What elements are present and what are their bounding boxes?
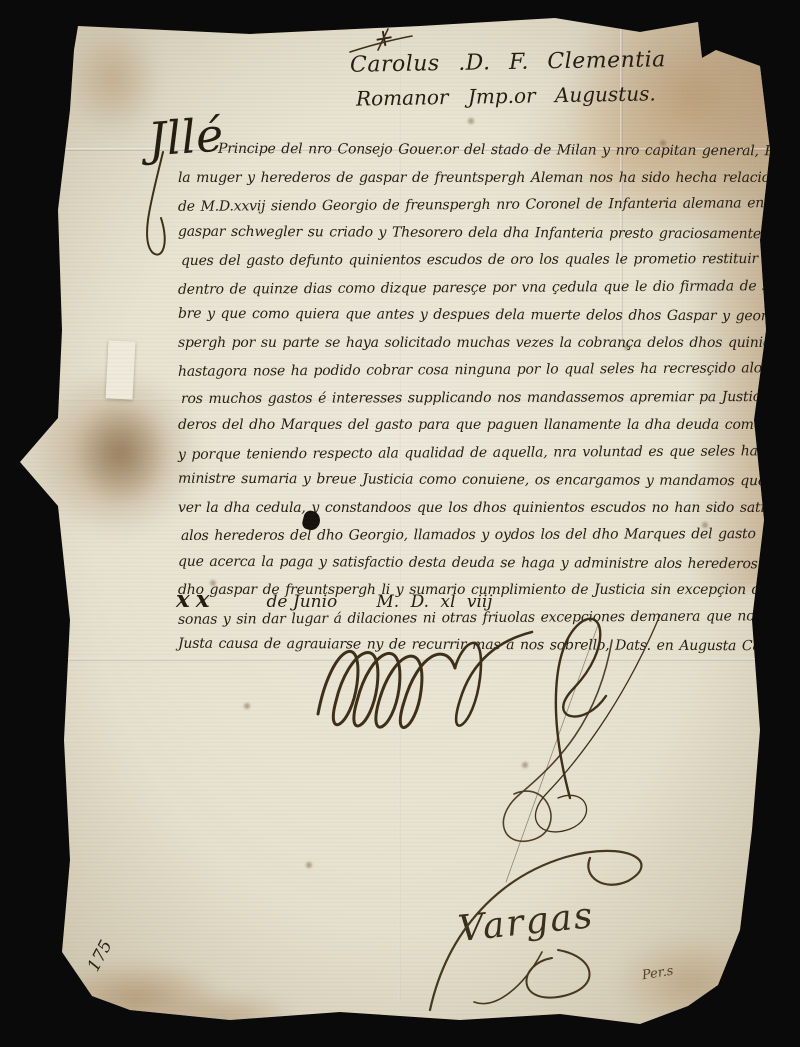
foxing-speck: [244, 703, 250, 709]
date-day: xx: [176, 586, 215, 613]
foxing-speck: [522, 762, 528, 768]
letter-body: Principe del nro Consejo Gouer.or del st…: [178, 137, 778, 660]
photograph-backdrop: + Carolus .D. F. Clementia Romanor Jmp.o…: [0, 0, 800, 1047]
archival-number: 175: [84, 937, 117, 975]
manuscript-line: de M.D.xxvij siendo Georgio de freunsper…: [178, 190, 778, 221]
manuscript-line: ver la dha cedula, y constandoos que los…: [178, 495, 778, 523]
fold-crease: [62, 398, 766, 401]
foxing-speck: [210, 580, 216, 586]
foxing-speck: [468, 118, 474, 124]
fold-crease-vertical: [620, 22, 623, 342]
manuscript-line: ques del gasto defunto quinientos escudo…: [181, 246, 781, 276]
seal-stain-core: [74, 400, 169, 505]
manuscript-line: Principe del nro Consejo Gouer.or del st…: [178, 136, 778, 166]
fold-crease: [62, 658, 766, 661]
stain-under-heading: [515, 65, 750, 245]
manuscript-line: sonas y sin dar lugar á dilaciones ni ot…: [178, 603, 778, 634]
vargas-signature: Vargas: [456, 895, 596, 950]
manuscript-line: dentro de quinze dias como dizque paresç…: [178, 273, 778, 304]
stain-bottom-edge: [150, 992, 300, 1042]
manuscript-line: dho gaspar de freuntspergh li y sumario …: [178, 577, 778, 605]
manuscript-line: y porque teniendo respecto ala qualidad …: [178, 438, 778, 469]
date-month: de Junio: [267, 592, 338, 612]
torn-edge-browning-right: [688, 20, 776, 590]
heading-imperial-title-line2: Romanor Jmp.or Augustus.: [356, 81, 656, 110]
manuscript-line: la muger y herederos de gaspar de freunt…: [178, 165, 778, 193]
foxing-speck: [306, 862, 312, 868]
dropcap-illustre: Jllé: [146, 107, 225, 166]
foxing-speck: [702, 522, 708, 528]
foxing-speck: [624, 344, 630, 350]
foxing-speck: [660, 140, 666, 146]
date-year: M. D. xl viij: [376, 592, 492, 612]
stain-top-left-corner: [66, 22, 161, 137]
manuscript-line: deros del dho Marques del gasto para que…: [178, 412, 778, 440]
manuscript-line: gaspar schwegler su criado y Thesorero d…: [178, 218, 778, 248]
manuscript-line: alos herederos del dho Georgio, llamados…: [181, 521, 781, 551]
fold-crease: [62, 148, 766, 151]
stain-bottom-left: [50, 960, 225, 1035]
dateline: xx de Junio M. D. xl viij: [176, 586, 493, 613]
seal-stain-left: [28, 368, 203, 538]
invocation-cross: +: [372, 22, 397, 53]
manuscript-line: ros muchos gastos é interesses supplican…: [181, 383, 781, 413]
manuscript-line: hastagora nose ha podido cobrar cosa nin…: [178, 355, 778, 386]
secretary-docket: Per.s: [641, 964, 674, 984]
manuscript-line: spergh por su parte se haya solicitado m…: [178, 330, 778, 358]
heading-imperial-title-line1: Carolus .D. F. Clementia: [350, 47, 666, 78]
ink-blot: [301, 509, 322, 532]
manuscript-line: que acerca la paga y satisfactio desta d…: [178, 548, 778, 578]
stain-bottom-right-fold: [615, 935, 765, 1030]
manuscript-line: ministre sumaria y breue Justicia como c…: [178, 466, 778, 496]
fold-crease-vertical: [398, 30, 401, 1000]
water-stain-top-right: [565, 0, 800, 230]
manuscript-paper: + Carolus .D. F. Clementia Romanor Jmp.o…: [0, 0, 800, 1047]
paper-repair-slip: [106, 340, 136, 399]
manuscript-line: Justa causa de agrauiarse ny de recurrir…: [178, 631, 778, 661]
manuscript-line: bre y que como quiera que antes y despue…: [178, 301, 778, 331]
